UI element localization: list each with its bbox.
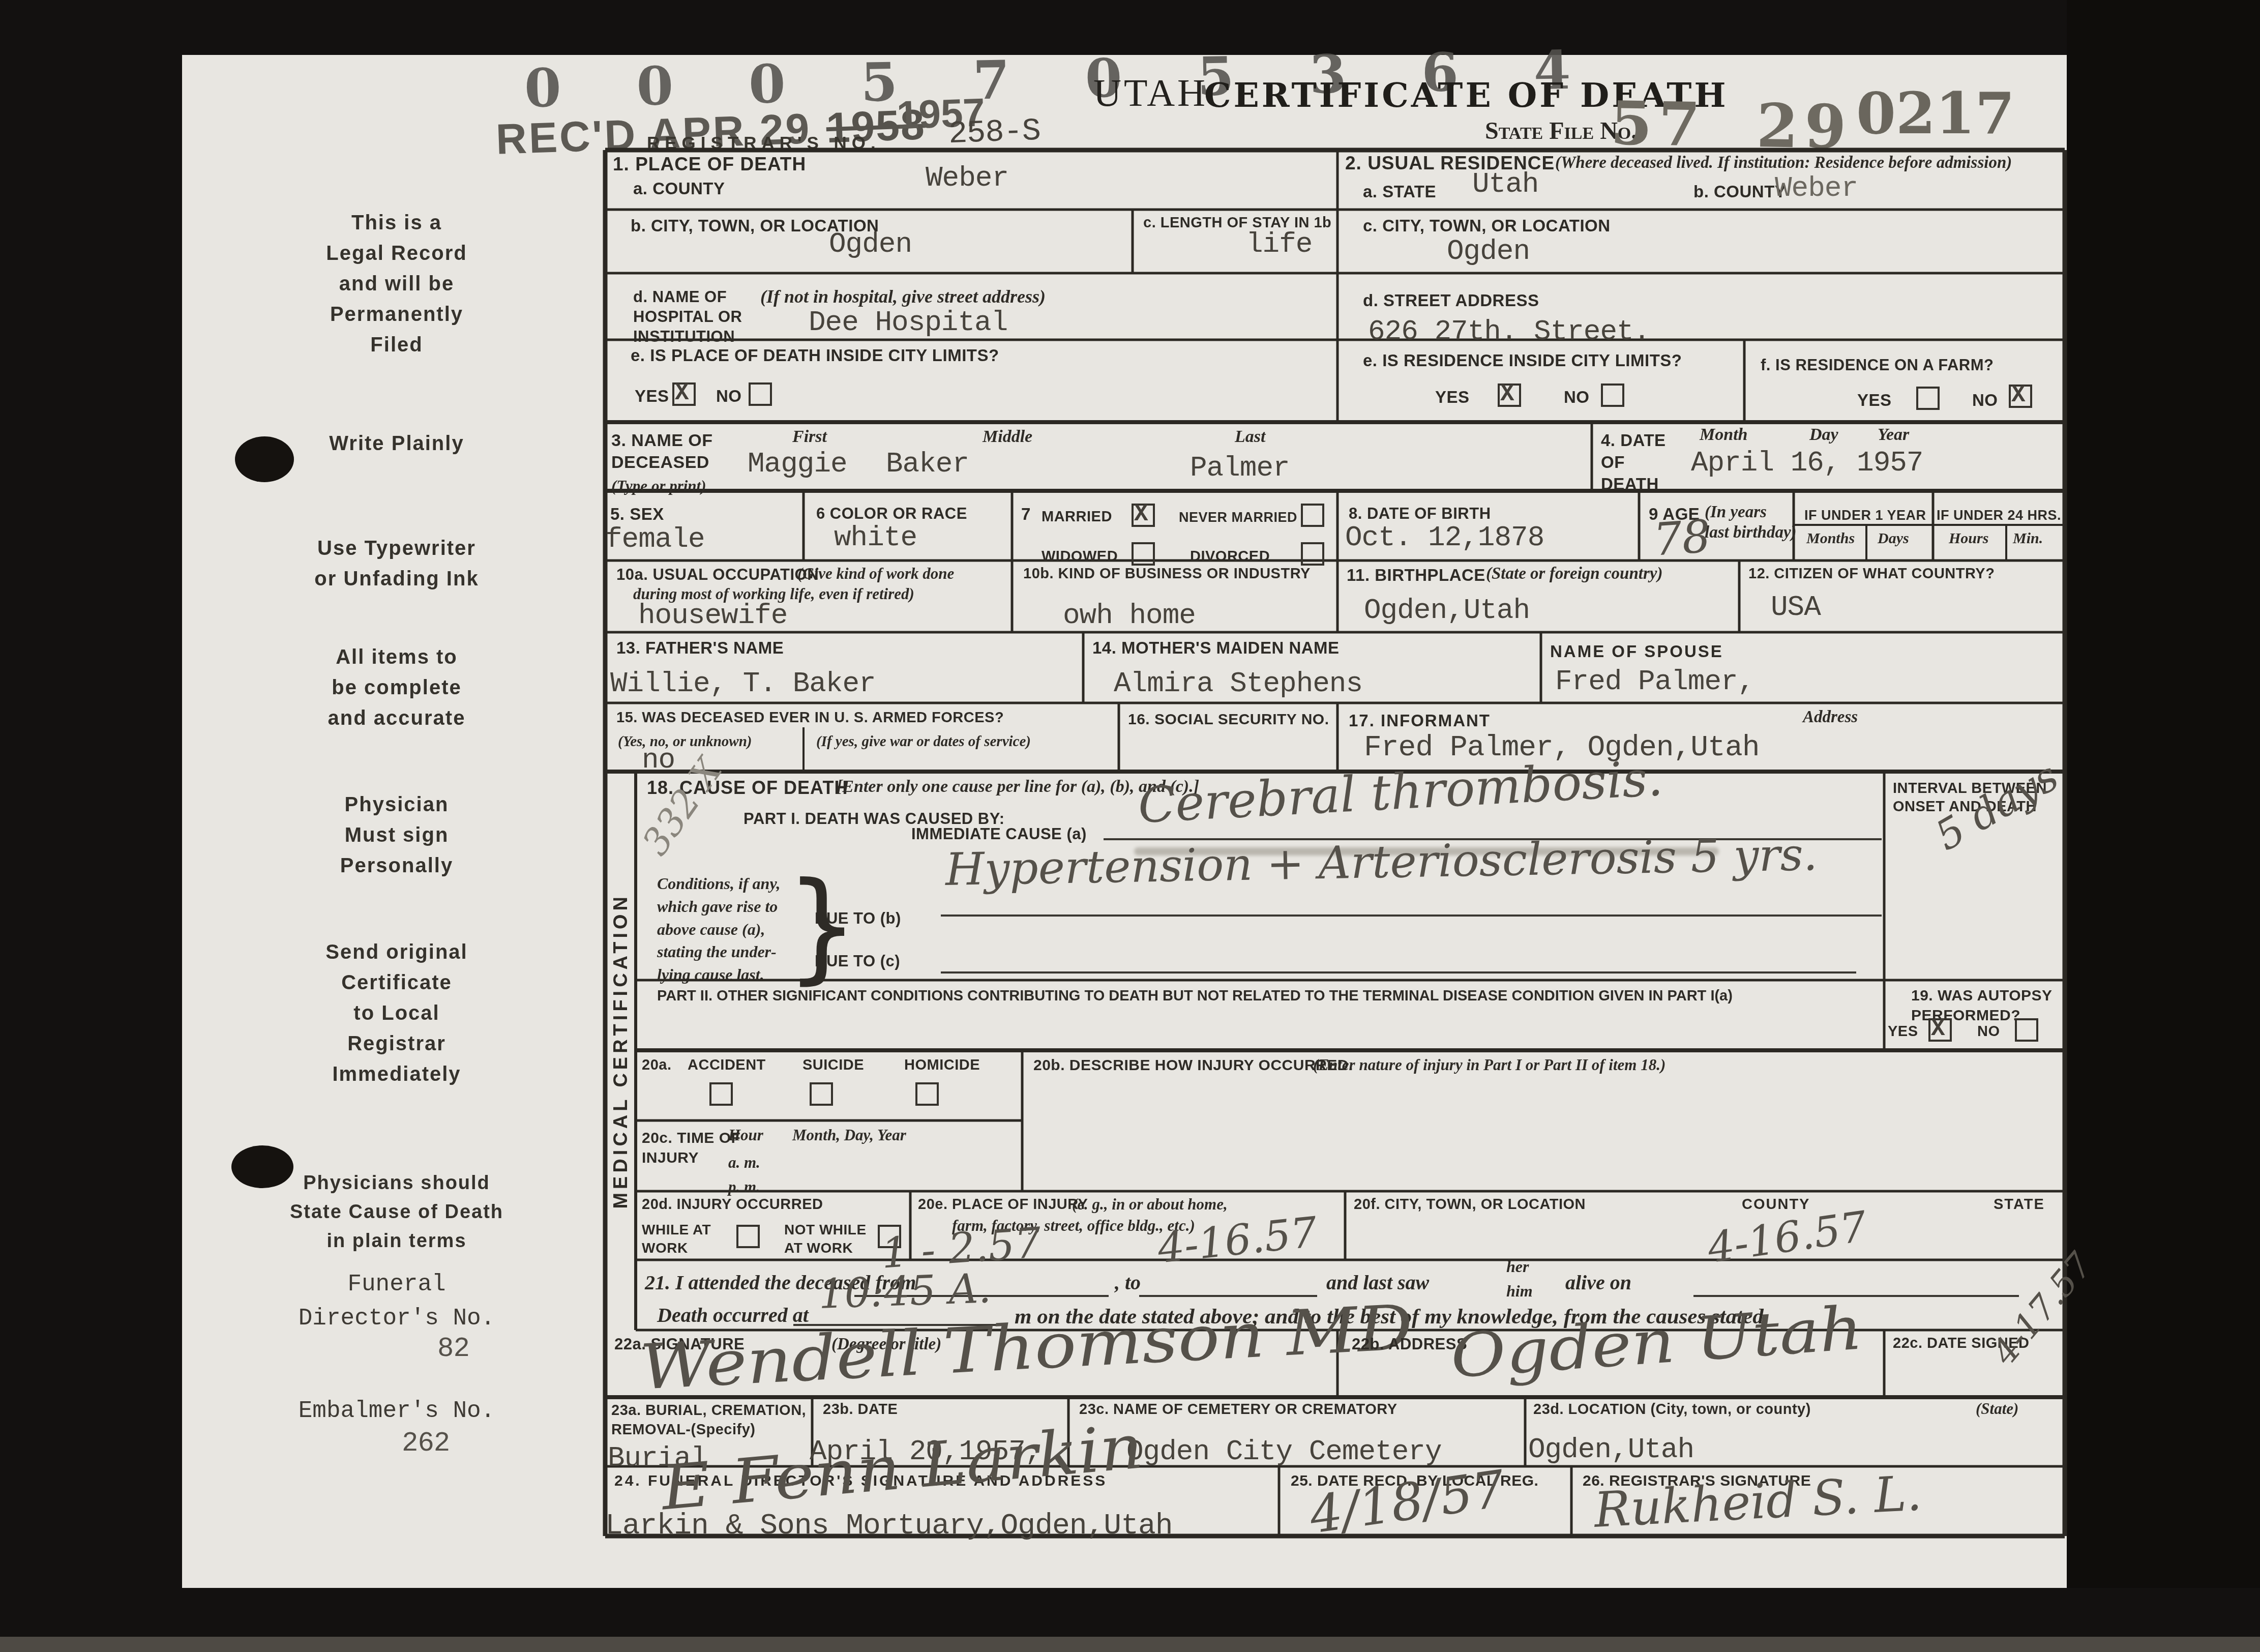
- field-9-age-hint: (In years last birthday): [1705, 503, 1797, 543]
- field-16-ssn-label: 16. SOCIAL SECURITY NO.: [1128, 711, 1329, 728]
- field-3-name-hint: (Type or print): [611, 477, 706, 495]
- field-20b-hint: (Enter nature of injury in Part I or Par…: [1313, 1056, 1666, 1074]
- field-13-father-label: 13. FATHER'S NAME: [616, 638, 784, 658]
- field-20a-homicide-checkbox: [915, 1082, 939, 1106]
- field-20c-am-label: a. m.: [728, 1154, 760, 1172]
- field-4-year-label: Year: [1878, 425, 1909, 445]
- field-9-under-24-label: IF UNDER 24 HRS.: [1937, 508, 2061, 523]
- field-2c-city-value: Ogden: [1447, 235, 1530, 268]
- field-12-citizen-label: 12. CITIZEN OF WHAT COUNTRY?: [1748, 566, 1995, 582]
- field-2f-no-checkbox: [2009, 385, 2032, 408]
- field-11-birthplace-hint: (State or foreign country): [1486, 565, 1662, 583]
- field-10a-hint-1: (Give kind of work done: [797, 565, 954, 583]
- field-20a-label: 20a.: [642, 1057, 671, 1074]
- field-1c-stay-value: life: [1246, 228, 1312, 260]
- field-21-her-label: her: [1506, 1257, 1529, 1276]
- field-21-him-label: him: [1506, 1282, 1533, 1301]
- field-20c-pm-label: p. m.: [728, 1178, 760, 1196]
- scanned-death-certificate: 0 0 0 5 7 0 5 3 6 4 REC'D APR 29 1958 19…: [0, 0, 2260, 1652]
- field-24-mortuary-typed-value: Larkin & Sons Mortuary,Ogden,Utah: [605, 1510, 1173, 1543]
- field-20b-label: 20b. DESCRIBE HOW INJURY OCCURRED.: [1033, 1057, 1353, 1074]
- field-20d-not-at-work-label: NOT WHILE AT WORK: [784, 1221, 867, 1258]
- field-20e-label: 20e. PLACE OF INJURY: [918, 1196, 1088, 1213]
- field-2e-yes-label: YES: [1435, 388, 1470, 407]
- field-10b-business-label: 10b. KIND OF BUSINESS OR INDUSTRY: [1023, 566, 1311, 582]
- field-spouse-value: Fred Palmer,: [1555, 665, 1754, 698]
- field-3-middle-label: Middle: [983, 427, 1032, 447]
- field-12-citizen-value: USA: [1771, 591, 1821, 624]
- field-2a-state-label: a. STATE: [1363, 182, 1436, 201]
- field-23b-date-label: 23b. DATE: [823, 1401, 898, 1418]
- field-23d-location-value: Ogden,Utah: [1528, 1433, 1694, 1466]
- field-20e-hint-1: (e. g., in or about home,: [1072, 1195, 1228, 1214]
- medical-certification-sidebar: MEDICAL CERTIFICATION: [606, 772, 636, 1330]
- field-2-title-hint: (Where deceased lived. If institution: R…: [1555, 154, 2012, 172]
- field-20a-homicide-label: HOMICIDE: [904, 1057, 980, 1074]
- field-20a-suicide-label: SUICIDE: [802, 1057, 864, 1074]
- field-20a-suicide-checkbox: [810, 1082, 833, 1106]
- field-14-mother-value: Almira Stephens: [1114, 667, 1362, 700]
- field-2f-farm-label: f. IS RESIDENCE ON A FARM?: [1761, 356, 1994, 374]
- field-18-due-c-label: DUE TO (c): [815, 952, 900, 970]
- field-2f-yes-label: YES: [1857, 391, 1892, 410]
- field-9-months-label: Months: [1806, 530, 1855, 547]
- field-2e-yes-checkbox: [1498, 383, 1521, 407]
- field-2b-county-label: b. COUNTY: [1693, 182, 1786, 201]
- field-23c-cemetery-value: Ogden City Cemetery: [1126, 1435, 1442, 1468]
- field-7-widowed-label: WIDOWED: [1042, 548, 1118, 565]
- field-11-birthplace-value: Ogden,Utah: [1364, 594, 1530, 627]
- field-17-informant-label: 17. INFORMANT: [1349, 711, 1491, 730]
- field-18-part2-label: PART II. OTHER SIGNIFICANT CONDITIONS CO…: [657, 988, 1733, 1005]
- field-2e-no-checkbox: [1601, 383, 1624, 407]
- field-19-yes-checkbox: [1928, 1018, 1952, 1042]
- field-7-married-checkbox: [1132, 504, 1155, 527]
- field-2c-city-label: c. CITY, TOWN, OR LOCATION: [1363, 216, 1611, 235]
- field-3-first-value: Maggie: [748, 448, 847, 480]
- field-1-title: 1. PLACE OF DEATH: [613, 154, 806, 175]
- field-19-no-checkbox: [2015, 1018, 2038, 1042]
- field-7-label: 7: [1021, 505, 1031, 524]
- field-21-alive-on-label: alive on: [1565, 1271, 1631, 1294]
- field-18-immediate-cause-label: IMMEDIATE CAUSE (a): [911, 825, 1087, 843]
- field-20c-label: 20c. TIME OF INJURY: [642, 1128, 740, 1168]
- field-9-hours-label: Hours: [1949, 530, 1988, 547]
- medical-certification-label: MEDICAL CERTIFICATION: [610, 893, 632, 1209]
- field-20a-accident-label: ACCIDENT: [688, 1057, 766, 1074]
- field-10b-business-value: owh home: [1063, 599, 1196, 632]
- field-4-month-label: Month: [1700, 425, 1748, 445]
- field-3-first-label: First: [792, 427, 827, 447]
- field-5-sex-value: female: [605, 523, 705, 555]
- field-1e-yes-checkbox: [672, 382, 696, 406]
- field-23d-location-label: 23d. LOCATION (City, town, or county): [1533, 1401, 1811, 1418]
- field-9-age-value: 78: [1652, 510, 1712, 566]
- field-17-address-label: Address: [1803, 708, 1858, 727]
- field-1b-city-value: Ogden: [829, 228, 912, 260]
- field-7-divorced-checkbox: [1301, 542, 1324, 566]
- field-20d-label: 20d. INJURY OCCURRED: [642, 1196, 823, 1213]
- field-2f-no-label: NO: [1972, 391, 1998, 410]
- field-23a-burial-label: 23a. BURIAL, CREMATION, REMOVAL-(Specify…: [611, 1401, 806, 1439]
- field-1d-hospital-hint: (If not in hospital, give street address…: [760, 286, 1046, 307]
- field-10a-occupation-value: housewife: [638, 599, 787, 632]
- field-7-married-label: MARRIED: [1042, 509, 1112, 525]
- field-2b-county-value: Weber: [1775, 172, 1858, 204]
- field-4-date-label: 4. DATE OF DEATH: [1601, 430, 1666, 495]
- field-15-hint-b: (If yes, give war or dates of service): [816, 733, 1031, 750]
- field-7-never-married-label: NEVER MARRIED: [1179, 510, 1297, 525]
- field-20a-accident-checkbox: [709, 1082, 733, 1106]
- field-1e-limits-label: e. IS PLACE OF DEATH INSIDE CITY LIMITS?: [631, 346, 999, 365]
- field-19-no-label: NO: [1977, 1023, 2000, 1040]
- field-2d-street-value: 626 27th. Street.: [1368, 315, 1650, 348]
- field-1e-yes-label: YES: [635, 387, 669, 406]
- field-18-due-b-label: DUE TO (b): [815, 909, 901, 928]
- field-21-time-value: 10:45 A.: [818, 1264, 992, 1318]
- field-20c-mdy-label: Month, Day, Year: [792, 1126, 906, 1144]
- field-spouse-label: NAME OF SPOUSE: [1550, 642, 1723, 661]
- field-10a-occupation-label: 10a. USUAL OCCUPATION: [616, 566, 819, 584]
- field-20d-at-work-checkbox: [736, 1225, 760, 1248]
- field-14-mother-label: 14. MOTHER'S MAIDEN NAME: [1092, 638, 1340, 658]
- field-2e-no-label: NO: [1564, 388, 1590, 407]
- field-5-sex-label: 5. SEX: [610, 505, 664, 524]
- field-8-dob-label: 8. DATE OF BIRTH: [1349, 505, 1491, 523]
- field-9-under-1-year-label: IF UNDER 1 YEAR: [1804, 508, 1926, 523]
- field-2d-street-label: d. STREET ADDRESS: [1363, 291, 1539, 310]
- field-4-date-value: April 16, 1957: [1691, 447, 1923, 479]
- field-2e-limits-label: e. IS RESIDENCE INSIDE CITY LIMITS?: [1363, 351, 1682, 370]
- field-15-armed-forces-label: 15. WAS DECEASED EVER IN U. S. ARMED FOR…: [616, 710, 1004, 726]
- field-7-never-married-checkbox: [1301, 504, 1324, 527]
- field-1a-county-value: Weber: [926, 162, 1008, 194]
- field-1d-hospital-label: d. NAME OF HOSPITAL OR INSTITUTION: [633, 287, 742, 346]
- field-20f-county-label: COUNTY: [1742, 1196, 1810, 1213]
- field-3-last-label: Last: [1235, 427, 1265, 447]
- field-9-min-label: Min.: [2013, 530, 2043, 547]
- field-4-day-label: Day: [1809, 425, 1838, 445]
- field-20f-state-label: STATE: [1994, 1196, 2045, 1213]
- field-20c-hour-label: Hour: [728, 1126, 763, 1144]
- field-3-last-value: Palmer: [1190, 452, 1290, 484]
- field-8-dob-value: Oct. 12,1878: [1345, 521, 1544, 554]
- field-21-to-label: , to: [1115, 1271, 1141, 1294]
- field-1e-no-label: NO: [716, 387, 742, 406]
- field-1a-county-label: a. COUNTY: [633, 179, 725, 198]
- field-23d-state-label: (State): [1976, 1400, 2018, 1418]
- field-9-days-label: Days: [1878, 530, 1909, 547]
- field-11-birthplace-label: 11. BIRTHPLACE: [1347, 566, 1485, 585]
- field-21-last-saw-label: and last saw: [1326, 1271, 1429, 1294]
- field-2f-yes-checkbox: [1916, 387, 1940, 410]
- field-20d-at-work-label: WHILE AT WORK: [642, 1221, 711, 1258]
- field-13-father-value: Willie, T. Baker: [610, 667, 876, 700]
- field-6-race-value: white: [834, 521, 917, 554]
- field-18-conditions-label: Conditions, if any, which gave rise to a…: [657, 872, 780, 986]
- field-3-name-label: 3. NAME OF DECEASED: [611, 430, 713, 473]
- field-6-race-label: 6 COLOR OR RACE: [816, 505, 967, 523]
- field-1e-no-checkbox: [749, 382, 772, 406]
- field-7-widowed-checkbox: [1132, 542, 1155, 566]
- field-19-yes-label: YES: [1888, 1023, 1918, 1040]
- field-7-divorced-label: DIVORCED: [1190, 548, 1270, 565]
- field-15-hint-a: (Yes, no, or unknown): [618, 733, 752, 750]
- field-1d-hospital-value: Dee Hospital: [809, 306, 1007, 339]
- field-2a-state-value: Utah: [1472, 168, 1538, 200]
- field-15-armed-forces-value: no: [642, 744, 675, 776]
- field-3-middle-value: Baker: [886, 448, 969, 480]
- field-20f-label: 20f. CITY, TOWN, OR LOCATION: [1354, 1196, 1586, 1213]
